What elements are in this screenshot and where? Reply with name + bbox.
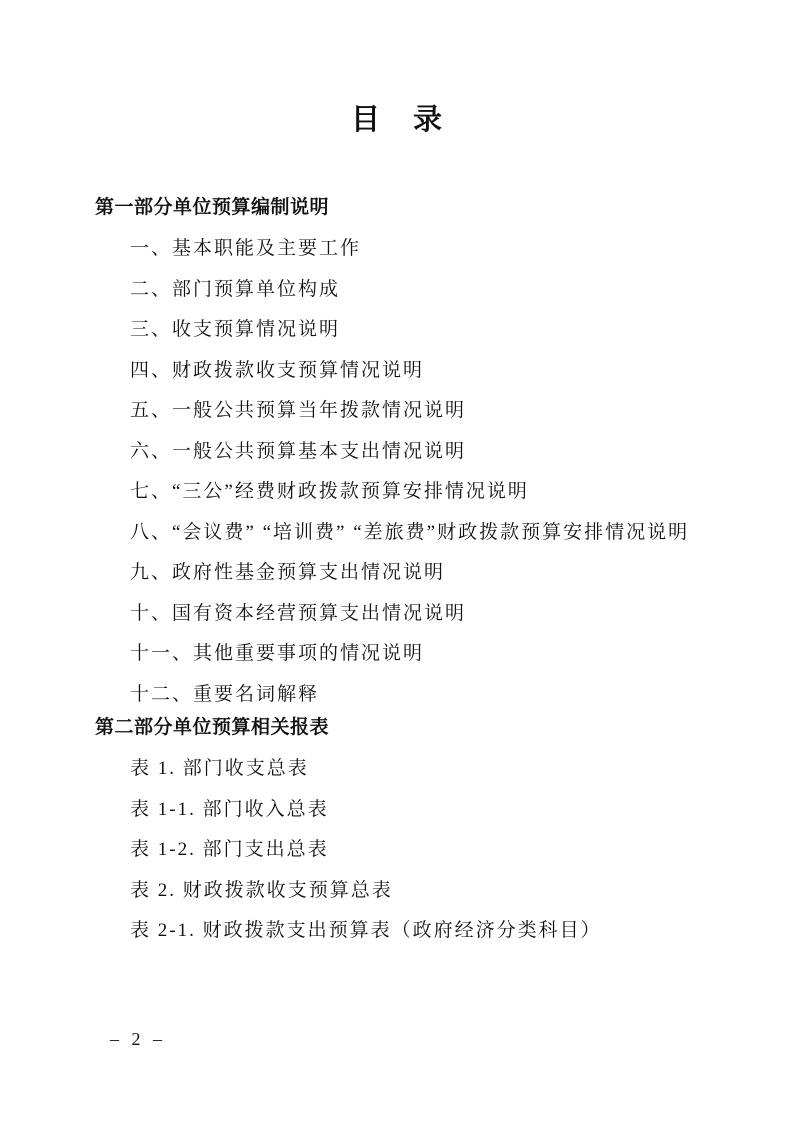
toc-list: 一、基本职能及主要工作 二、部门预算单位构成 三、收支预算情况说明 四、财政拨款… xyxy=(95,221,700,715)
toc-section: 第二部分单位预算相关报表 表 1. 部门收支总表 表 1-1. 部门收入总表 表… xyxy=(95,715,700,952)
document-page: 目 录 第一部分单位预算编制说明 一、基本职能及主要工作 二、部门预算单位构成 … xyxy=(0,0,793,1122)
toc-item: 表 1-1. 部门收入总表 xyxy=(95,790,700,831)
toc-item: 六、一般公共预算基本支出情况说明 xyxy=(95,432,700,473)
toc-section: 第一部分单位预算编制说明 一、基本职能及主要工作 二、部门预算单位构成 三、收支… xyxy=(95,195,700,715)
page-title: 目 录 xyxy=(95,0,700,140)
toc-item: 十二、重要名词解释 xyxy=(95,675,700,716)
toc-item: 十、国有资本经营预算支出情况说明 xyxy=(95,594,700,635)
toc-item: 表 1. 部门收支总表 xyxy=(95,749,700,790)
toc-list: 表 1. 部门收支总表 表 1-1. 部门收入总表 表 1-2. 部门支出总表 … xyxy=(95,741,700,952)
toc-item: 表 2. 财政拨款收支预算总表 xyxy=(95,871,700,912)
toc-item: 表 1-2. 部门支出总表 xyxy=(95,830,700,871)
toc-item: 八、“会议费” “培训费” “差旅费”财政拨款预算安排情况说明 xyxy=(95,513,700,554)
toc-item: 三、收支预算情况说明 xyxy=(95,310,700,351)
toc-sections: 第一部分单位预算编制说明 一、基本职能及主要工作 二、部门预算单位构成 三、收支… xyxy=(95,195,700,952)
toc-item: 二、部门预算单位构成 xyxy=(95,270,700,311)
toc-item: 五、一般公共预算当年拨款情况说明 xyxy=(95,391,700,432)
toc-item: 表 2-1. 财政拨款支出预算表（政府经济分类科目） xyxy=(95,911,700,952)
toc-item: 十一、其他重要事项的情况说明 xyxy=(95,634,700,675)
toc-item: 四、财政拨款收支预算情况说明 xyxy=(95,351,700,392)
section-heading: 第二部分单位预算相关报表 xyxy=(95,715,700,741)
toc-item: 九、政府性基金预算支出情况说明 xyxy=(95,553,700,594)
page-number: – 2 – xyxy=(110,1029,166,1050)
toc-item: 一、基本职能及主要工作 xyxy=(95,229,700,270)
section-heading: 第一部分单位预算编制说明 xyxy=(95,195,700,221)
toc-item: 七、“三公”经费财政拨款预算安排情况说明 xyxy=(95,472,700,513)
